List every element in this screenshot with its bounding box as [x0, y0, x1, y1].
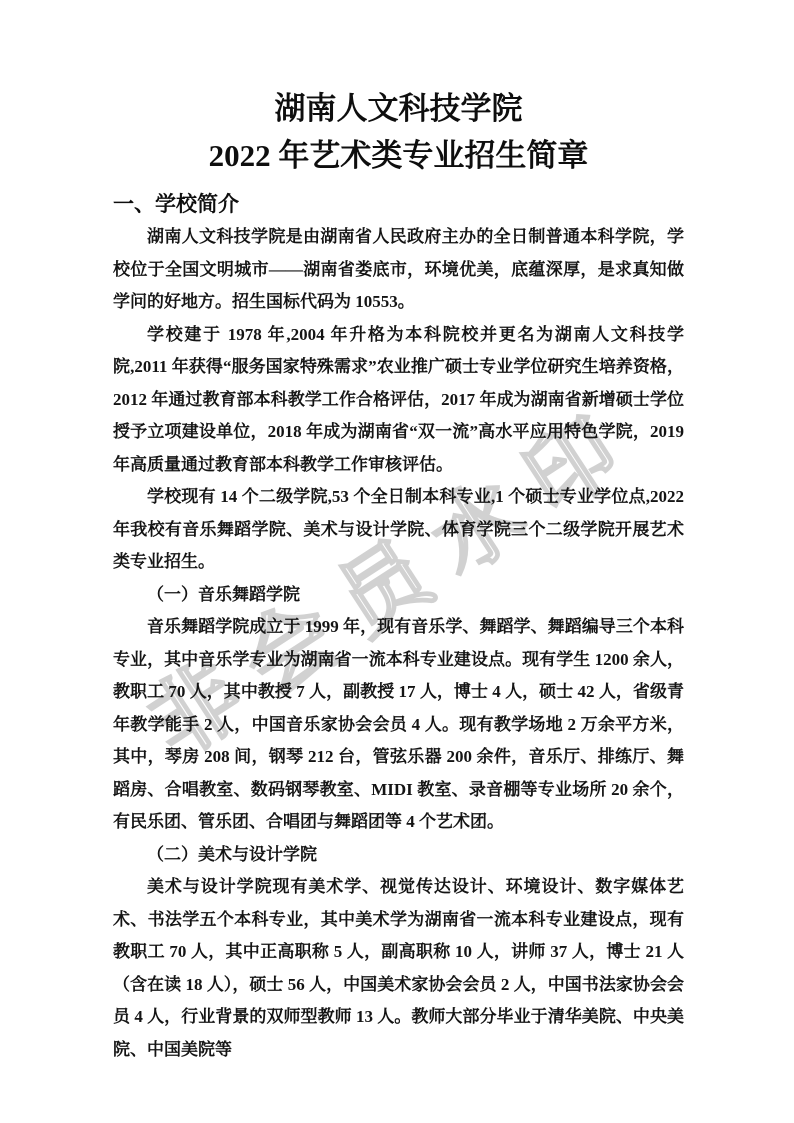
section-heading: 一、学校简介 [113, 188, 684, 221]
document-title: 湖南人文科技学院 [113, 86, 684, 132]
paragraph-intro: 湖南人文科技学院是由湖南省人民政府主办的全日制普通本科学院，学校位于全国文明城市… [113, 221, 684, 319]
document-subtitle: 2022 年艺术类专业招生简章 [113, 132, 684, 180]
document-content: 湖南人文科技学院 2022 年艺术类专业招生简章 一、学校简介 湖南人文科技学院… [113, 86, 684, 1066]
subheading-art-design-college: （二）美术与设计学院 [113, 839, 684, 872]
paragraph-history: 学校建于 1978 年,2004 年升格为本科院校并更名为湖南人文科技学院,20… [113, 319, 684, 482]
paragraph-art-design-college: 美术与设计学院现有美术学、视觉传达设计、环境设计、数字媒体艺术、书法学五个本科专… [113, 871, 684, 1066]
subheading-music-dance-college: （一）音乐舞蹈学院 [113, 579, 684, 612]
paragraph-music-dance-college: 音乐舞蹈学院成立于 1999 年，现有音乐学、舞蹈学、舞蹈编导三个本科专业，其中… [113, 611, 684, 839]
paragraph-overview: 学校现有 14 个二级学院,53 个全日制本科专业,1 个硕士专业学位点,202… [113, 481, 684, 579]
document-page: 非会员水印 湖南人文科技学院 2022 年艺术类专业招生简章 一、学校简介 湖南… [0, 0, 794, 1123]
